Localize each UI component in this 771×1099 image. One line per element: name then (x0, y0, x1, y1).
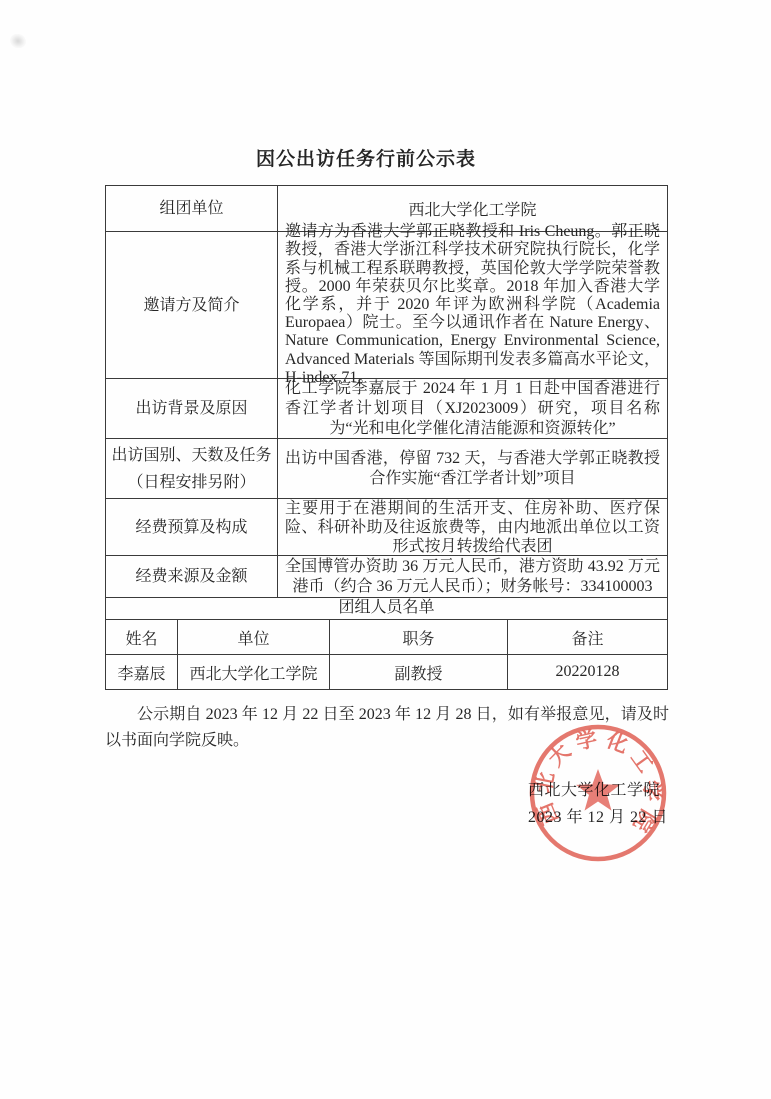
row-value-text: 出访中国香港，停留 732 天，与香港大学郭正晓教授合作实施“香江学者计划”项目 (285, 449, 660, 489)
table-row-destination-days-task: 出访国别、天数及任务 （日程安排另附） 出访中国香港，停留 732 天，与香港大… (106, 439, 667, 499)
roster-header-note: 备注 (508, 620, 667, 654)
row-value: 化工学院李嘉辰于 2024 年 1 月 1 日赴中国香港进行香江学者计划项目（X… (278, 379, 667, 438)
row-label: 邀请方及简介 (106, 232, 278, 378)
table-row-budget: 经费预算及构成 主要用于在港期间的生活开支、住房补助、医疗保险、科研补助及往返旅… (106, 499, 667, 556)
official-seal-stamp: 西北大学化工学院 (521, 721, 677, 873)
table-row-inviter-intro: 邀请方及简介 邀请方为香港大学郭正晓教授和 Iris Cheung。郭正晓教授，… (106, 232, 667, 379)
roster-cell-position: 副教授 (330, 655, 508, 689)
roster-title: 团组人员名单 (106, 598, 667, 620)
row-value-text: 全国博管办资助 36 万元人民币，港方资助 43.92 万元港币（约合 36 万… (285, 557, 660, 597)
row-value-text: 邀请方为香港大学郭正晓教授和 Iris Cheung。郭正晓教授，香港大学浙江科… (285, 223, 660, 387)
page-title: 因公出访任务行前公示表 (105, 144, 627, 171)
row-value: 邀请方为香港大学郭正晓教授和 Iris Cheung。郭正晓教授，香港大学浙江科… (278, 232, 667, 378)
row-label: 经费预算及构成 (106, 499, 278, 555)
roster-header-name: 姓名 (106, 620, 178, 654)
row-value-text: 化工学院李嘉辰于 2024 年 1 月 1 日赴中国香港进行香江学者计划项目（X… (285, 379, 660, 439)
scan-smudge (8, 32, 28, 51)
row-label: 组团单位 (106, 186, 278, 231)
row-value: 主要用于在港期间的生活开支、住房补助、医疗保险、科研补助及往返旅费等，由内地派出… (278, 499, 667, 555)
row-label: 经费来源及金额 (106, 556, 278, 597)
roster-cell-name: 李嘉辰 (106, 655, 178, 689)
roster-header-unit: 单位 (178, 620, 330, 654)
row-label: 出访国别、天数及任务 （日程安排另附） (106, 439, 278, 498)
row-label: 出访背景及原因 (106, 379, 278, 438)
row-value: 出访中国香港，停留 732 天，与香港大学郭正晓教授合作实施“香江学者计划”项目 (278, 439, 667, 498)
roster-cell-note: 20220128 (508, 655, 667, 689)
row-label-line1: 出访国别、天数及任务 (111, 442, 271, 469)
roster-header-position: 职务 (330, 620, 508, 654)
table-row-visit-background: 出访背景及原因 化工学院李嘉辰于 2024 年 1 月 1 日赴中国香港进行香江… (106, 379, 667, 439)
roster-data-row: 李嘉辰 西北大学化工学院 副教授 20220128 (106, 655, 667, 689)
row-value-text: 主要用于在港期间的生活开支、住房补助、医疗保险、科研补助及往返旅费等，由内地派出… (285, 499, 660, 556)
table-row-funding-source: 经费来源及金额 全国博管办资助 36 万元人民币，港方资助 43.92 万元港币… (106, 556, 667, 598)
roster-header-row: 姓名 单位 职务 备注 (106, 620, 667, 655)
row-label-line2: （日程安排另附） (127, 469, 255, 496)
row-value: 全国博管办资助 36 万元人民币，港方资助 43.92 万元港币（约合 36 万… (278, 556, 667, 597)
scanned-document-page: 因公出访任务行前公示表 组团单位 西北大学化工学院 邀请方及简介 邀请方为香港大… (0, 0, 771, 1099)
info-table: 组团单位 西北大学化工学院 邀请方及简介 邀请方为香港大学郭正晓教授和 Iris… (105, 185, 668, 690)
seal-star-icon (576, 769, 620, 811)
roster-cell-unit: 西北大学化工学院 (178, 655, 330, 689)
